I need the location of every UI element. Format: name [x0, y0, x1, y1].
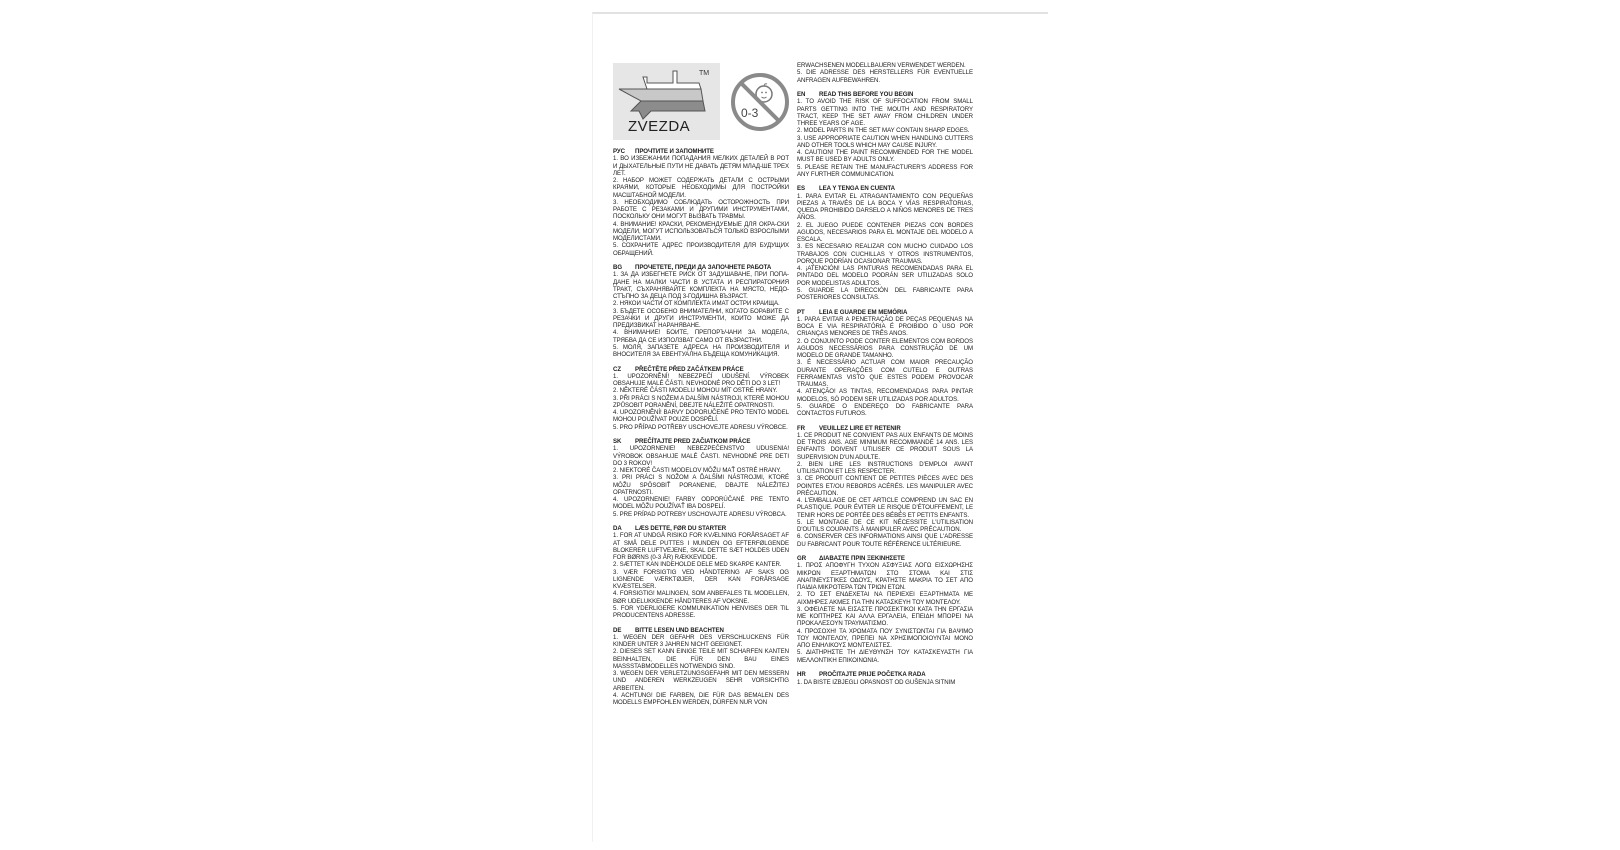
lang-code: BG — [613, 264, 635, 271]
list-item: 2. НАБОР МОЖЕТ СОДЕРЖАТЬ ДЕТАЛИ С ОСТРЫМ… — [613, 177, 789, 199]
list-item: 5. DIE ADRESSE DES HERSTELLERS FÜR EVENT… — [797, 69, 973, 84]
section-de-continued: ERWACHSENEN MODELLBAUERN VERWENDET WERDE… — [797, 62, 973, 84]
list-item: 3. É NECESSÁRIO ACTUAR COM MAIOR PRECAUÇ… — [797, 359, 973, 388]
section-title: LEIA E GUARDE EM MEMÓRIA — [819, 309, 907, 316]
list-item: 5. GUARDE O ENDEREÇO DO FABRICANTE PARA … — [797, 403, 973, 418]
right-column: ERWACHSENEN MODELLBAUERN VERWENDET WERDE… — [797, 62, 973, 693]
lang-code: PT — [797, 309, 819, 316]
section-title: VEUILLEZ LIRE ET RETENIR — [819, 425, 901, 432]
lang-code: DE — [613, 627, 635, 634]
section-bg: BGПРОЧЕТЕТЕ, ПРЕДИ ДА ЗАПОЧНЕТЕ РАБОТА 1… — [613, 264, 789, 358]
list-item: 4. ACHTUNG! DIE FARBEN, DIE FÜR DAS BEMA… — [613, 692, 789, 707]
list-item: 3. CE PRODUIT CONTIENT DE PETITES PIÈCES… — [797, 475, 973, 497]
section-title: PREČÍTAJTE PRED ZAČIATKOM PRÁCE — [635, 438, 750, 445]
list-item: 1. UPOZORNENIE! NEBEZPEČENSTVO UDUSENIA!… — [613, 445, 789, 467]
list-item: 2. DIESES SET KANN EINIGE TEILE MIT SCHA… — [613, 648, 789, 670]
list-item: 2. BIEN LIRE LES INSTRUCTIONS D'EMPLOI A… — [797, 461, 973, 476]
lang-code: CZ — [613, 366, 635, 373]
list-item: 1. DA BISTE IZBJEGLI OPASNOST OD GUŠENJA… — [797, 679, 973, 686]
list-item: 4. L'EMBALLAGE DE CET ARTICLE COMPREND U… — [797, 497, 973, 519]
section-hr: HRPROČITAJTE PRIJE POČETKA RADA 1. DA BI… — [797, 671, 973, 686]
list-item: 2. ΤΟ ΣΕΤ ΕΝΔΕΧΕΤΑΙ ΝΑ ΠΕΡΙΕΧΕΙ ΕΞΑΡΤΗΜΑ… — [797, 591, 973, 606]
section-title: READ THIS BEFORE YOU BEGIN — [819, 91, 913, 98]
list-item: 1. UPOZORNĚNÍ! NEBEZPEČÍ UDUŠENÍ. VÝROBE… — [613, 373, 789, 388]
lang-code: FR — [797, 425, 819, 432]
lang-code: SK — [613, 438, 635, 445]
list-item: 4. FORSIGTIG! MALINGEN, SOM ANBEFALES TI… — [613, 590, 789, 605]
list-item: 4. ΠΡΟΣΟΧΗ! ΤΑ ΧΡΩΜΑΤΑ ΠΟΥ ΣΥΝΙΣΤΩΝΤΑΙ Γ… — [797, 628, 973, 650]
list-item: 3. PŘI PRÁCI S NOŽEM A DALŠÍMI NÁSTROJI,… — [613, 395, 789, 410]
section-title: BITTE LESEN UND BEACHTEN — [635, 627, 724, 634]
list-item: 5. PLEASE RETAIN THE MANUFACTURER'S ADDR… — [797, 164, 973, 179]
section-title: ПРОЧЕТЕТЕ, ПРЕДИ ДА ЗАПОЧНЕТЕ РАБОТА — [635, 264, 771, 271]
section-fr: FRVEUILLEZ LIRE ET RETENIR 1. CE PRODUIT… — [797, 425, 973, 548]
lang-code: EN — [797, 91, 819, 98]
list-item: 5. PRE PRÍPAD POTREBY USCHOVAJTE ADRESU … — [613, 511, 789, 518]
trademark-label: TM — [699, 70, 709, 77]
list-item: 4. CAUTION! THE PAINT RECOMMENDED FOR TH… — [797, 149, 973, 164]
list-item: 3. PRI PRÁCI S NOŽOM A ĎALŠÍMI NÁSTROJMI… — [613, 474, 789, 496]
list-item: 4. ВНИМАНИЕ! КРАСКИ, РЕКОМЕНДУЕМЫЕ ДЛЯ О… — [613, 221, 789, 243]
list-item: 4. UPOZORNENIE! FARBY ODPORÚČANÉ PRE TEN… — [613, 496, 789, 511]
list-item: ERWACHSENEN MODELLBAUERN VERWENDET WERDE… — [797, 62, 973, 69]
lang-code: ES — [797, 185, 819, 192]
section-title: LÆS DETTE, FØR DU STARTER — [635, 525, 726, 532]
list-item: 3. БЪДЕТЕ ОСОБЕНО ВНИМАТЕЛНИ, КОГАТО БОР… — [613, 308, 789, 330]
left-column: РУСПРОЧТИТЕ И ЗАПОМНИТЕ 1. ВО ИЗБЕЖАНИИ … — [613, 148, 789, 714]
list-item: 1. ΠΡΟΣ ΑΠΟΦΥΓΗ ΤΥΧΟΝ ΑΣΦΥΞΙΑΣ ΛΟΓΩ ΕΙΣΧ… — [797, 562, 973, 591]
list-item: 6. CONSERVER CES INFORMATIONS AINSI QUE … — [797, 533, 973, 548]
list-item: 3. USE APPROPRIATE CAUTION WHEN HANDLING… — [797, 135, 973, 150]
age-range-label: 0-3 — [741, 106, 759, 120]
section-cz: CZPŘEČTĚTE PŘED ZAČÁTKEM PRÁCE 1. UPOZOR… — [613, 366, 789, 431]
section-sk: SKPREČÍTAJTE PRED ZAČIATKOM PRÁCE 1. UPO… — [613, 438, 789, 518]
list-item: 1. TO AVOID THE RISK OF SUFFOCATION FROM… — [797, 98, 973, 127]
lang-code: DA — [613, 525, 635, 532]
list-item: 2. EL JUEGO PUEDE CONTENER PIEZAS CON BO… — [797, 222, 973, 244]
list-item: 2. NĚKTERÉ ČÁSTI MODELU MOHOU MÍT OSTRÉ … — [613, 387, 789, 394]
list-item: 5. LE MONTAGE DE CE KIT NÉCESSITE L'UTIL… — [797, 519, 973, 534]
list-item: 5. СОХРАНИТЕ АДРЕС ПРОИЗВОДИТЕЛЯ ДЛЯ БУД… — [613, 242, 789, 257]
list-item: 4. ВНИМАНИЕ! БОИТЕ, ПРЕПОРЪЧАНИ ЗА МОДЕЛ… — [613, 329, 789, 344]
list-item: 4. ¡ATENCIÓN! LAS PINTURAS RECOMENDADAS … — [797, 265, 973, 287]
star-flag-icon: TM ZVEZDA — [613, 63, 720, 140]
list-item: 1. FOR AT UNDGÅ RISIKO FOR KVÆLNING FORÅ… — [613, 532, 789, 561]
list-item: 5. FOR YDERLIGERE KOMMUNIKATION HENVISES… — [613, 605, 789, 620]
section-title: ΔΙΑΒΑΣΤΕ ΠΡΙΝ ΞΕΚΙΝΗΣΕΤΕ — [819, 555, 905, 562]
zvezda-logo: TM ZVEZDA — [613, 63, 720, 140]
list-item: 1. ЗА ДА ИЗБЕГНЕТЕ РИСК ОТ ЗАДУШАВАНЕ, П… — [613, 271, 789, 300]
list-item: 2. O CONJUNTO PODE CONTER ELEMENTOS COM … — [797, 338, 973, 360]
section-en: ENREAD THIS BEFORE YOU BEGIN 1. TO AVOID… — [797, 91, 973, 178]
list-item: 3. WEGEN DER VERLETZUNGSGEFAHR MIT DEN M… — [613, 670, 789, 692]
list-item: 1. ВО ИЗБЕЖАНИИ ПОПАДАНИЯ МЕЛКИХ ДЕТАЛЕЙ… — [613, 155, 789, 177]
list-item: 2. MODEL PARTS IN THE SET MAY CONTAIN SH… — [797, 127, 973, 134]
lang-code: HR — [797, 671, 819, 678]
list-item: 2. НЯКОИ ЧАСТИ ОТ КОМПЛЕКТА ИМАТ ОСТРИ К… — [613, 300, 789, 307]
list-item: 3. ΟΦΕΙΛΕΤΕ ΝΑ ΕΙΣΑΣΤΕ ΠΡΟΣΕΚΤΙΚΟΙ ΚΑΤΑ … — [797, 606, 973, 628]
brand-name: ZVEZDA — [628, 118, 690, 135]
list-item: 3. VÆR FORSIGTIG VED HÅNDTERING AF SAKS … — [613, 569, 789, 591]
list-item: 5. ΔΙΑΤΗΡΗΣΤΕ ΤΗ ΔΙΕΥΘΥΝΣΗ ΤΟΥ ΚΑΤΑΣΚΕΥΑ… — [797, 649, 973, 664]
list-item: 5. МОЛЯ, ЗАПАЗЕТЕ АДРЕСА НА ПРОИЗВОДИТЕЛ… — [613, 344, 789, 359]
section-da: DALÆS DETTE, FØR DU STARTER 1. FOR AT UN… — [613, 525, 789, 619]
section-gr: GRΔΙΑΒΑΣΤΕ ΠΡΙΝ ΞΕΚΙΝΗΣΕΤΕ 1. ΠΡΟΣ ΑΠΟΦΥ… — [797, 555, 973, 664]
lang-code: GR — [797, 555, 819, 562]
list-item: 4. UPOZORNĚNÍ! BARVY DOPORUČENÉ PRO TENT… — [613, 409, 789, 424]
section-es: ESLEA Y TENGA EN CUENTA 1. PARA EVITAR E… — [797, 185, 973, 301]
section-ru: РУСПРОЧТИТЕ И ЗАПОМНИТЕ 1. ВО ИЗБЕЖАНИИ … — [613, 148, 789, 257]
not-for-children-0-3-icon: 0-3 — [728, 70, 792, 134]
section-de: DEBITTE LESEN UND BEACHTEN 1. WEGEN DER … — [613, 627, 789, 707]
list-item: 5. GUARDE LA DIRECCIÓN DEL FABRICANTE PA… — [797, 287, 973, 302]
section-title: LEA Y TENGA EN CUENTA — [819, 185, 895, 192]
list-item: 2. SÆTTET KAN INDEHOLDE DELE MED SKARPE … — [613, 561, 789, 568]
list-item: 1. PARA EVITAR A PENETRAÇÃO DE PEÇAS PEQ… — [797, 316, 973, 338]
list-item: 1. PARA EVITAR EL ATRAGANTAMIENTO CON PE… — [797, 193, 973, 222]
list-item: 3. НЕОБХОДИМО СОБЛЮДАТЬ ОСТОРОЖНОСТЬ ПРИ… — [613, 199, 789, 221]
list-item: 5. PRO PŘÍPAD POTŘEBY USCHOVEJTE ADRESU … — [613, 424, 789, 431]
section-title: PŘEČTĚTE PŘED ZAČÁTKEM PRÁCE — [635, 366, 744, 373]
list-item: 1. WEGEN DER GEFAHR DES VERSCHLUCKENS FÜ… — [613, 634, 789, 649]
list-item: 1. CE PRODUIT NE CONVIENT PAS AUX ENFANT… — [797, 432, 973, 461]
section-title: PROČITAJTE PRIJE POČETKA RADA — [819, 671, 926, 678]
list-item: 4. ATENÇÃO! AS TINTAS, RECOMENDADAS PARA… — [797, 388, 973, 403]
section-pt: PTLEIA E GUARDE EM MEMÓRIA 1. PARA EVITA… — [797, 309, 973, 418]
list-item: 3. ES NECESARIO REALIZAR CON MUCHO CUIDA… — [797, 243, 973, 265]
section-title: ПРОЧТИТЕ И ЗАПОМНИТЕ — [635, 148, 714, 155]
